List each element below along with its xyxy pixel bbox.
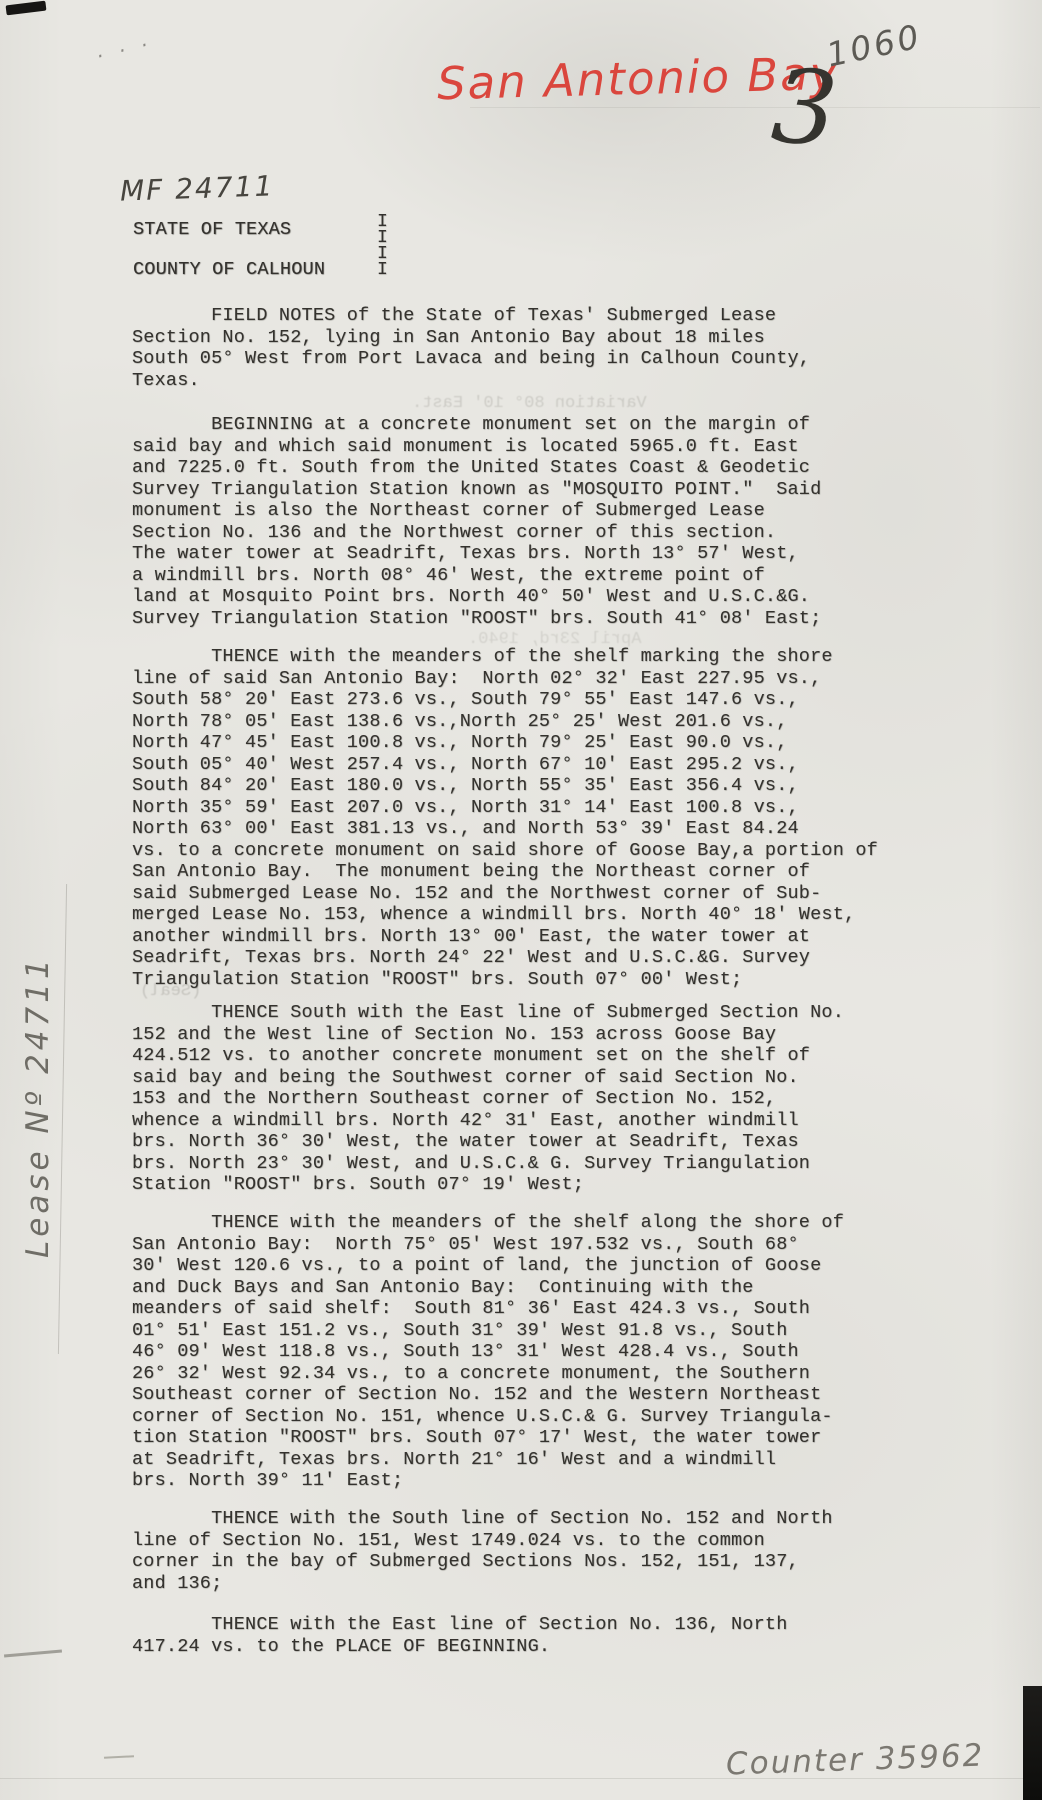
ghost-variation-text: Variation 80° 10' East. — [412, 394, 647, 413]
pencil-dash-left — [4, 1649, 62, 1657]
file-number-handwriting: MF 24711 — [119, 169, 274, 207]
county-line: COUNTY OF CALHOUN — [133, 259, 325, 281]
scanned-document-page: · · · Variation 80° 10' East. April 23rd… — [0, 0, 1042, 1800]
pencil-dash-left-2 — [104, 1755, 134, 1759]
thence-shoreline-meanders-paragraph: THENCE with the meanders of the shelf ma… — [132, 646, 878, 990]
page-number-handwriting: 3 — [769, 56, 841, 162]
counter-note-handwriting: Counter 35962 — [725, 1738, 984, 1783]
state-line: STATE OF TEXAS — [133, 219, 291, 241]
thence-south-east-line-paragraph: THENCE South with the East line of Subme… — [132, 1002, 844, 1196]
beginning-paragraph: BEGINNING at a concrete monument set on … — [132, 414, 821, 629]
thence-goose-duck-bays-paragraph: THENCE with the meanders of the shelf al… — [132, 1212, 844, 1492]
corner-ink-mark — [6, 1, 47, 16]
edge-ink-strip — [1023, 1686, 1042, 1800]
thence-east-line-closing-paragraph: THENCE with the East line of Section No.… — [132, 1614, 788, 1657]
scan-line-bottom — [0, 1778, 1042, 1779]
margin-crease — [58, 884, 67, 1354]
margin-lease-note: Lease Nº 24711 — [20, 848, 56, 1258]
field-notes-intro-paragraph: FIELD NOTES of the State of Texas' Subme… — [132, 305, 810, 391]
pencil-scribble: · · · — [94, 31, 155, 68]
thence-south-line-paragraph: THENCE with the South line of Section No… — [132, 1508, 833, 1594]
header-brace: I I I I — [377, 214, 388, 278]
